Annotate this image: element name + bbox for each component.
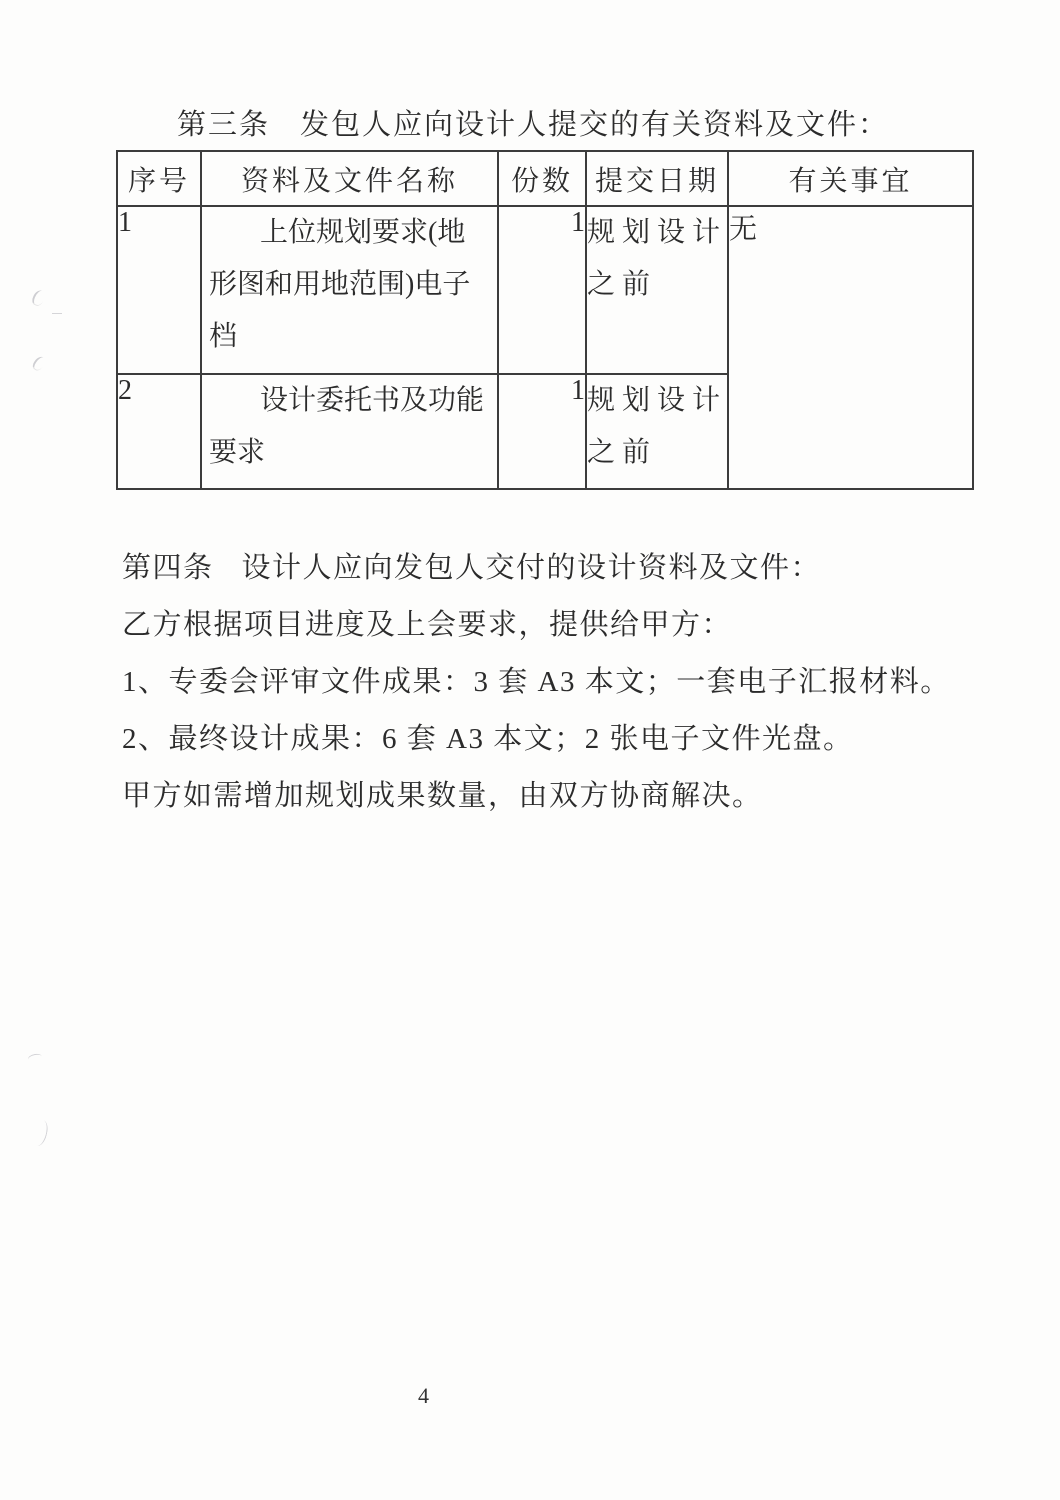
row2-index: 2	[117, 374, 201, 489]
row1-date-line2: 之前	[587, 259, 727, 311]
header-cell-copies: 份数	[498, 151, 586, 206]
scan-artifact	[27, 1053, 42, 1064]
page-number: 4	[418, 1383, 429, 1409]
paragraph: 1、专委会评审文件成果：3 套 A3 本文；一套电子汇报材料。	[122, 659, 962, 716]
row1-name-line3: 档	[202, 311, 497, 363]
article-3-label: 第三条	[177, 109, 270, 141]
table-header-row: 序号 资料及文件名称 份数 提交日期 有关事宜	[117, 151, 973, 206]
row2-date: 规划设计 之前	[586, 374, 728, 489]
row2-name-line2: 要求	[202, 427, 497, 479]
header-cell-note: 有关事宜	[728, 151, 973, 206]
header-cell-name: 资料及文件名称	[201, 151, 498, 206]
article-4-title: 设计人应向发包人交付的设计资料及文件：	[242, 552, 822, 584]
article-4-heading: 第四条设计人应向发包人交付的设计资料及文件：	[122, 545, 962, 602]
scan-artifact	[52, 309, 62, 314]
row1-name-line1: 上位规划要求(地	[202, 207, 497, 259]
row2-copies: 1	[498, 374, 586, 489]
row2-name: 设计委托书及功能 要求	[201, 374, 498, 489]
scan-artifact	[31, 1119, 50, 1147]
merged-note-cell: 无	[728, 206, 973, 489]
row1-index: 1	[117, 206, 201, 374]
row2-date-line2: 之前	[587, 427, 727, 479]
scan-artifact	[30, 288, 47, 307]
document-page: 第三条发包人应向设计人提交的有关资料及文件： 序号 资料及文件名称 份数 提交日…	[0, 0, 1060, 1500]
header-cell-date: 提交日期	[586, 151, 728, 206]
row1-copies: 1	[498, 206, 586, 374]
row1-name: 上位规划要求(地 形图和用地范围)电子 档	[201, 206, 498, 374]
row2-name-line1: 设计委托书及功能	[202, 375, 497, 427]
materials-table: 序号 资料及文件名称 份数 提交日期 有关事宜 1 上位规划要求(地 形图和用地…	[116, 150, 974, 490]
table-row: 1 上位规划要求(地 形图和用地范围)电子 档 1 规划设计 之前 无	[117, 206, 973, 374]
paragraph: 甲方如需增加规划成果数量，由双方协商解决。	[122, 773, 962, 830]
article-3-title: 发包人应向设计人提交的有关资料及文件：	[300, 109, 889, 141]
row1-name-line2: 形图和用地范围)电子	[202, 259, 497, 311]
paragraph: 2、最终设计成果：6 套 A3 本文；2 张电子文件光盘。	[122, 716, 962, 773]
row1-date: 规划设计 之前	[586, 206, 728, 374]
article-3-heading: 第三条发包人应向设计人提交的有关资料及文件：	[177, 102, 889, 143]
scan-artifact	[31, 354, 48, 372]
paragraph: 乙方根据项目进度及上会要求，提供给甲方：	[122, 602, 962, 659]
article-4-section: 第四条设计人应向发包人交付的设计资料及文件： 乙方根据项目进度及上会要求，提供给…	[122, 545, 962, 830]
row2-date-line1: 规划设计	[587, 375, 727, 427]
row1-date-line1: 规划设计	[587, 207, 727, 259]
article-4-label: 第四条	[122, 552, 214, 584]
header-cell-index: 序号	[117, 151, 201, 206]
